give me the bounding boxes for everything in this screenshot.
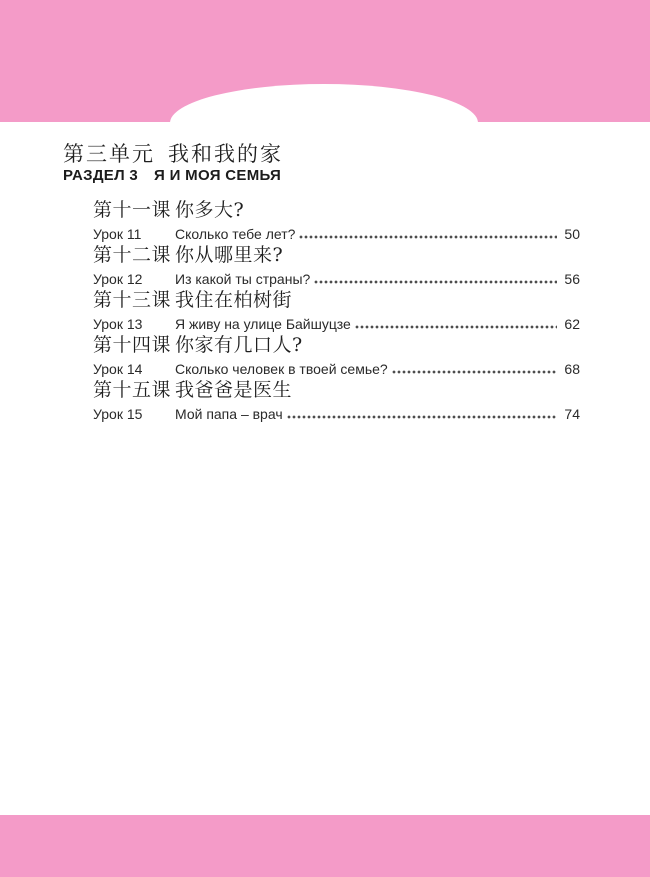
entry-chinese-line: 第十四课 你家有几口人? <box>93 333 580 357</box>
entry-chinese-line: 第十五课 我爸爸是医生 <box>93 378 580 402</box>
section-unit-ru: РАЗДЕЛ 3 <box>63 167 138 184</box>
toc-entry-lesson-13: 第十三课 我住在柏树街 Урок 13 Я живу на улице Байш… <box>93 288 580 333</box>
section-header-russian: РАЗДЕЛ 3Я И МОЯ СЕМЬЯ <box>63 167 580 185</box>
toc-entry-lesson-11: 第十一课 你多大? Урок 11 Сколько тебе лет? 50 <box>93 198 580 243</box>
entry-chinese-line: 第十二课 你从哪里来? <box>93 243 580 267</box>
dot-leader <box>299 233 557 240</box>
lesson-number-zh: 第十一课 <box>93 195 175 222</box>
toc-entry-lesson-12: 第十二课 你从哪里来? Урок 12 Из какой ты страны? … <box>93 243 580 288</box>
toc-list: 第十一课 你多大? Урок 11 Сколько тебе лет? 50 第… <box>93 198 580 423</box>
lesson-title-zh: 我爸爸是医生 <box>175 375 292 402</box>
entry-chinese-line: 第十三课 我住在柏树街 <box>93 288 580 312</box>
lesson-title-zh: 我住在柏树街 <box>175 285 292 312</box>
page-number: 74 <box>560 406 580 422</box>
toc-entry-lesson-15: 第十五课 我爸爸是医生 Урок 15 Мой папа – врач 74 <box>93 378 580 423</box>
entry-chinese-line: 第十一课 你多大? <box>93 198 580 222</box>
bottom-pink-band <box>0 815 650 877</box>
entry-russian-line: Урок 13 Я живу на улице Байшуцзе 62 <box>93 312 580 332</box>
lesson-number-zh: 第十三课 <box>93 285 175 312</box>
lesson-title-zh: 你家有几口人? <box>175 330 303 357</box>
lesson-number-zh: 第十四课 <box>93 330 175 357</box>
section-header-chinese: 第三单元我和我的家 <box>63 141 580 167</box>
lesson-number-zh: 第十五课 <box>93 375 175 402</box>
lesson-number-zh: 第十二课 <box>93 240 175 267</box>
lesson-title-zh: 你多大? <box>175 195 244 222</box>
book-toc-page: { "colors": { "pink_band": "#f49bc8", "t… <box>0 0 650 877</box>
dot-leader <box>287 413 557 420</box>
top-pink-band <box>0 0 650 122</box>
lesson-title-zh: 你从哪里来? <box>175 240 283 267</box>
page-number: 56 <box>560 271 580 287</box>
entry-russian-line: Урок 11 Сколько тебе лет? 50 <box>93 222 580 242</box>
dot-leader <box>392 368 557 375</box>
entry-russian-line: Урок 15 Мой папа – врач 74 <box>93 402 580 422</box>
toc-entry-lesson-14: 第十四课 你家有几口人? Урок 14 Сколько человек в т… <box>93 333 580 378</box>
page-number: 68 <box>560 361 580 377</box>
section-title-zh: 我和我的家 <box>168 142 283 166</box>
page-number: 62 <box>560 316 580 332</box>
dot-leader <box>314 278 557 285</box>
page-number: 50 <box>560 226 580 242</box>
section-unit-zh: 第三单元 <box>63 142 155 166</box>
lesson-title-ru: Мой папа – врач <box>175 406 283 422</box>
toc-content: 第三单元我和我的家 РАЗДЕЛ 3Я И МОЯ СЕМЬЯ 第十一课 你多大… <box>63 141 580 423</box>
entry-russian-line: Урок 14 Сколько человек в твоей семье? 6… <box>93 357 580 377</box>
section-header: 第三单元我和我的家 РАЗДЕЛ 3Я И МОЯ СЕМЬЯ <box>63 141 580 185</box>
entry-russian-line: Урок 12 Из какой ты страны? 56 <box>93 267 580 287</box>
dot-leader <box>355 323 557 330</box>
section-title-ru: Я И МОЯ СЕМЬЯ <box>154 167 281 184</box>
lesson-number-ru: Урок 15 <box>93 406 175 422</box>
